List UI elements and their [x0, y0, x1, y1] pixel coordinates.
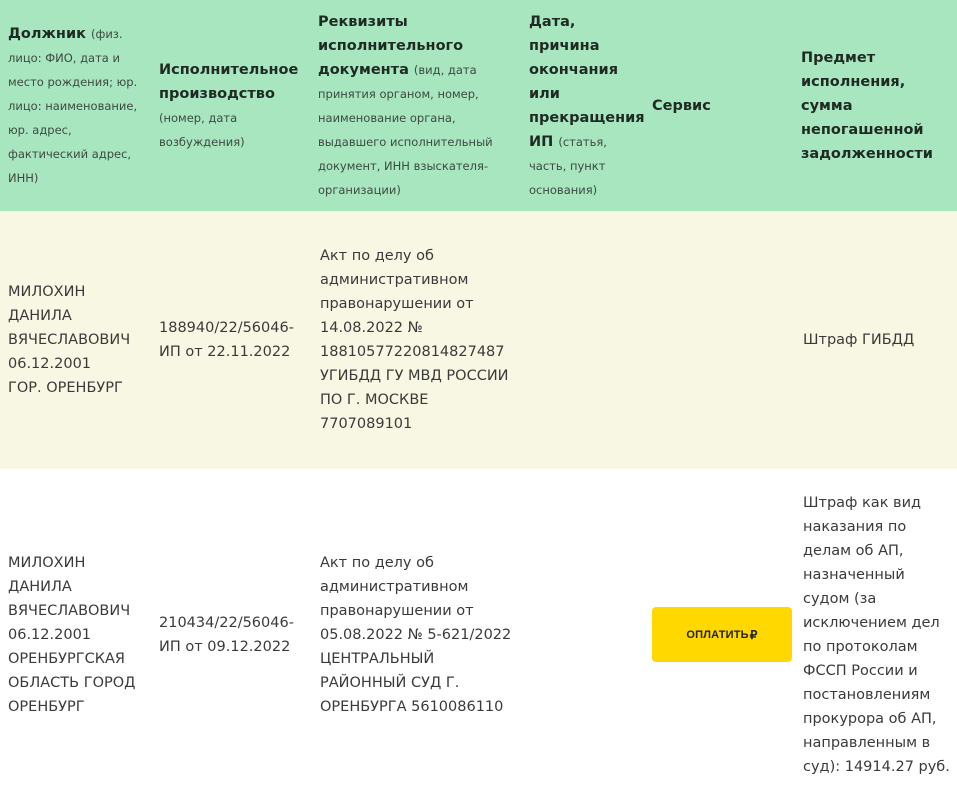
- end-reason-cell: [521, 469, 644, 800]
- document-cell: Акт по делу об административном правонар…: [310, 469, 521, 800]
- debtor-name: ДАНИЛА: [8, 575, 147, 599]
- debtor-birth-place: ОРЕНБУРГСКАЯ ОБЛАСТЬ ГОРОД ОРЕНБУРГ: [8, 647, 147, 719]
- proceeding-cell: 188940/22/56046-ИП от 22.11.2022: [151, 211, 310, 469]
- proceeding-cell: 210434/22/56046-ИП от 09.12.2022: [151, 469, 310, 800]
- enforcement-proceedings-table: Должник (физ. лицо: ФИО, дата и место ро…: [0, 0, 957, 800]
- document-cell: Акт по делу об административном правонар…: [310, 211, 521, 469]
- debtor-patronymic: ВЯЧЕСЛАВОВИЧ: [8, 328, 147, 352]
- service-cell: ОПЛАТИТЬ ₽: [644, 469, 793, 800]
- header-document: Реквизиты исполнительного документа (вид…: [310, 0, 521, 211]
- header-document-hint: (вид, дата принятия органом, номер, наим…: [318, 63, 493, 197]
- debtor-patronymic: ВЯЧЕСЛАВОВИЧ: [8, 599, 147, 623]
- service-cell: [644, 211, 793, 469]
- debtor-surname: МИЛОХИН: [8, 280, 147, 304]
- header-service-title: Сервис: [652, 98, 711, 114]
- debtor-surname: МИЛОХИН: [8, 551, 147, 575]
- header-end-reason: Дата, причина окончания или прекращения …: [521, 0, 644, 211]
- header-debtor-hint: (физ. лицо: ФИО, дата и место рождения; …: [8, 27, 137, 185]
- header-end-reason-title: Дата, причина окончания или прекращения …: [529, 14, 645, 150]
- debtor-cell: МИЛОХИН ДАНИЛА ВЯЧЕСЛАВОВИЧ 06.12.2001 О…: [0, 469, 151, 800]
- subject-cell: Штраф ГИБДД: [793, 211, 957, 469]
- table-row: МИЛОХИН ДАНИЛА ВЯЧЕСЛАВОВИЧ 06.12.2001 Г…: [0, 211, 957, 469]
- debtor-birth-date: 06.12.2001: [8, 623, 147, 647]
- end-reason-cell: [521, 211, 644, 469]
- table-header-row: Должник (физ. лицо: ФИО, дата и место ро…: [0, 0, 957, 211]
- header-proceeding: Исполнительное производство (номер, дата…: [151, 0, 310, 211]
- debtor-name: ДАНИЛА: [8, 304, 147, 328]
- header-subject-title: Предмет исполнения, сумма непогашенной з…: [801, 50, 933, 162]
- header-debtor: Должник (физ. лицо: ФИО, дата и место ро…: [0, 0, 151, 211]
- table-row: МИЛОХИН ДАНИЛА ВЯЧЕСЛАВОВИЧ 06.12.2001 О…: [0, 469, 957, 800]
- header-proceeding-hint: (номер, дата возбуждения): [159, 111, 245, 149]
- debtor-cell: МИЛОХИН ДАНИЛА ВЯЧЕСЛАВОВИЧ 06.12.2001 Г…: [0, 211, 151, 469]
- pay-button-label: ОПЛАТИТЬ: [686, 629, 748, 641]
- debtor-birth-date: 06.12.2001: [8, 352, 147, 376]
- pay-button[interactable]: ОПЛАТИТЬ ₽: [652, 607, 792, 662]
- header-subject: Предмет исполнения, сумма непогашенной з…: [793, 0, 957, 211]
- header-proceeding-title: Исполнительное производство: [159, 62, 298, 102]
- header-debtor-title: Должник: [8, 26, 86, 42]
- debtor-birth-place: ГОР. ОРЕНБУРГ: [8, 376, 147, 400]
- subject-cell: Штраф как вид наказания по делам об АП, …: [793, 469, 957, 800]
- ruble-icon: ₽: [750, 628, 758, 642]
- header-service: Сервис: [644, 0, 793, 211]
